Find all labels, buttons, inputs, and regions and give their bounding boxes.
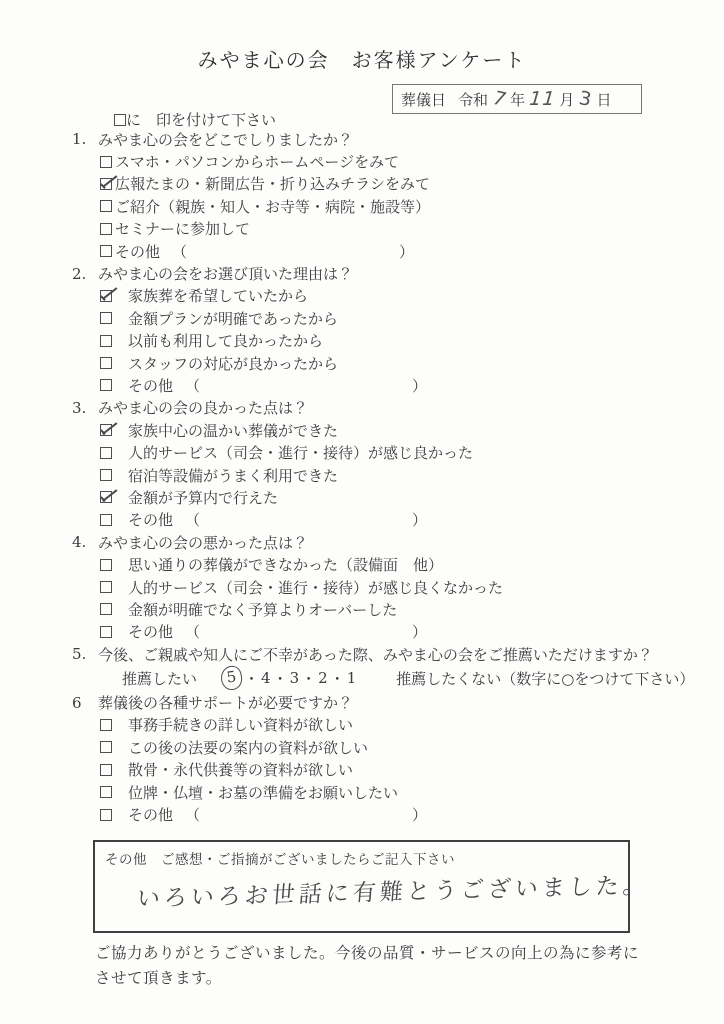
instruction-text: に 印を付けて下さい	[126, 109, 276, 130]
comment-box[interactable]: その他 ご感想・ご指摘がございましたらご記入下さい いろいろお世話に有難とうござ…	[93, 840, 630, 933]
rating-1[interactable]: 1	[347, 669, 357, 687]
option-label: その他	[128, 375, 173, 396]
checkbox[interactable]	[100, 312, 112, 324]
question-number: 3.	[72, 399, 98, 417]
q1-option-koho-tamano[interactable]: 広報たまの・新聞広告・折り込みチラシをみて	[72, 173, 678, 195]
q6-option-other[interactable]: その他 （ ）	[72, 803, 678, 825]
comment-box-label: その他 ご感想・ご指摘がございましたらご記入下さい	[105, 848, 618, 868]
era-label: 令和	[458, 89, 488, 110]
q4-option-other[interactable]: その他 （ ）	[72, 621, 678, 643]
thank-you-note: ご協力ありがとうございました。今後の品質・サービスの向上の為に参考にさせて頂きま…	[95, 941, 647, 991]
day-field[interactable]: 3	[578, 89, 593, 110]
checkbox[interactable]	[100, 809, 112, 821]
scale-left-label: 推薦したい	[122, 668, 197, 689]
checkbox[interactable]	[100, 200, 112, 212]
option-label: スマホ・パソコンからホームページをみて	[115, 151, 399, 172]
other-paren-open: （	[172, 241, 187, 262]
question-text: みやま心の会の悪かった点は？	[98, 532, 308, 553]
question-number: 6	[72, 694, 98, 712]
option-label: 宿泊等設備がうまく利用できた	[128, 465, 338, 486]
checkbox[interactable]	[100, 178, 112, 190]
option-label: 思い通りの葬儀ができなかった（設備面 他）	[128, 554, 443, 575]
checkbox[interactable]	[100, 357, 112, 369]
q2-option-family-funeral[interactable]: 家族葬を希望していたから	[72, 285, 678, 307]
checkbox-instruction: に 印を付けて下さい	[114, 109, 276, 130]
checkbox[interactable]	[100, 491, 112, 503]
checkbox[interactable]	[100, 447, 112, 459]
q2-option-clear-pricing[interactable]: 金額プランが明確であったから	[72, 307, 678, 329]
q2-option-other[interactable]: その他 （ ）	[72, 374, 678, 396]
form-title: みやま心の会 お客様アンケート	[0, 44, 724, 73]
question-number: 5.	[72, 645, 98, 663]
q1-option-referral[interactable]: ご紹介（親族・知人・お寺等・病院・施設等）	[72, 195, 678, 217]
scale-separator: ・	[301, 668, 316, 689]
q4-option-service-bad[interactable]: 人的サービス（司会・進行・接待）が感じ良くなかった	[72, 576, 678, 598]
other-paren-open: （	[185, 375, 200, 396]
checkbox[interactable]	[100, 764, 112, 776]
checkbox[interactable]	[100, 719, 112, 731]
q3-option-other[interactable]: その他 （ ）	[72, 509, 678, 531]
question-1-header: 1. みやま心の会をどこでしりましたか？	[72, 128, 678, 150]
question-list: 1. みやま心の会をどこでしりましたか？ スマホ・パソコンからホームページをみて…	[72, 128, 678, 826]
handwritten-comment: いろいろお世話に有難とうございました。	[136, 868, 619, 914]
other-paren-close: ）	[412, 509, 427, 530]
option-label: 家族中心の温かい葬儀ができた	[128, 420, 338, 441]
option-label: 広報たまの・新聞広告・折り込みチラシをみて	[115, 173, 430, 194]
rating-2[interactable]: 2	[318, 669, 328, 687]
other-paren-close: ）	[412, 621, 427, 642]
checkbox[interactable]	[100, 223, 112, 235]
question-4-header: 4. みやま心の会の悪かった点は？	[72, 531, 678, 553]
q1-option-other[interactable]: その他 （ ）	[72, 240, 678, 262]
option-label: 散骨・永代供養等の資料が欲しい	[128, 759, 353, 780]
year-unit-label: 年	[510, 89, 525, 110]
checkbox[interactable]	[100, 786, 112, 798]
question-2-header: 2. みやま心の会をお選び頂いた理由は？	[72, 262, 678, 284]
q6-option-memorial-docs[interactable]: この後の法要の案内の資料が欲しい	[72, 736, 678, 758]
question-6-header: 6 葬儀後の各種サポートが必要ですか？	[72, 691, 678, 713]
q2-option-staff[interactable]: スタッフの対応が良かったから	[72, 352, 678, 374]
option-label: その他	[115, 241, 160, 262]
rating-3[interactable]: 3	[290, 669, 300, 687]
rating-4[interactable]: 4	[261, 669, 271, 687]
option-label: スタッフの対応が良かったから	[128, 353, 338, 374]
other-paren-open: （	[185, 804, 200, 825]
sample-checkbox-icon	[114, 114, 126, 126]
q1-option-homepage[interactable]: スマホ・パソコンからホームページをみて	[72, 150, 678, 172]
question-number: 2.	[72, 265, 98, 283]
option-label: ご紹介（親族・知人・お寺等・病院・施設等）	[115, 196, 430, 217]
checkbox[interactable]	[100, 603, 112, 615]
checkbox[interactable]	[100, 741, 112, 753]
checkbox[interactable]	[100, 469, 112, 481]
question-text: みやま心の会の良かった点は？	[98, 397, 308, 418]
q3-option-facilities[interactable]: 宿泊等設備がうまく利用できた	[72, 464, 678, 486]
question-3-header: 3. みやま心の会の良かった点は？	[72, 397, 678, 419]
option-label: 金額が明確でなく予算よりオーバーした	[128, 599, 397, 620]
option-label: 家族葬を希望していたから	[128, 285, 308, 306]
option-label: その他	[128, 804, 173, 825]
option-label: 人的サービス（司会・進行・接待）が感じ良くなかった	[128, 577, 503, 598]
q4-option-not-as-hoped[interactable]: 思い通りの葬儀ができなかった（設備面 他）	[72, 553, 678, 575]
checkbox[interactable]	[100, 335, 112, 347]
q3-option-within-budget[interactable]: 金額が予算内で行えた	[72, 486, 678, 508]
year-field[interactable]: 7	[490, 89, 509, 109]
other-paren-open: （	[185, 621, 200, 642]
q3-option-warm-funeral[interactable]: 家族中心の温かい葬儀ができた	[72, 419, 678, 441]
scale-separator: ・	[273, 668, 288, 689]
scale-right-label: 推薦したくない（数字に○をつけて下さい）	[396, 668, 694, 689]
checkbox[interactable]	[100, 379, 112, 391]
other-paren-close: ）	[399, 241, 414, 262]
q6-option-altar-grave[interactable]: 位牌・仏壇・お墓の準備をお願いしたい	[72, 781, 678, 803]
option-label: この後の法要の案内の資料が欲しい	[128, 737, 368, 758]
q6-option-burial-docs[interactable]: 散骨・永代供養等の資料が欲しい	[72, 759, 678, 781]
rating-5: 5	[225, 668, 237, 687]
q6-option-paperwork-docs[interactable]: 事務手続きの詳しい資料が欲しい	[72, 714, 678, 736]
day-unit-label: 日	[596, 89, 611, 110]
option-label: 人的サービス（司会・進行・接待）が感じ良かった	[128, 442, 473, 463]
q1-option-seminar[interactable]: セミナーに参加して	[72, 218, 678, 240]
scale-separator: ・	[244, 668, 259, 689]
option-label: 事務手続きの詳しい資料が欲しい	[128, 714, 353, 735]
circled-rating-5[interactable]: 5	[219, 665, 243, 692]
other-paren-open: （	[185, 509, 200, 530]
option-label: セミナーに参加して	[115, 218, 250, 239]
option-label: 金額が予算内で行えた	[128, 487, 278, 508]
funeral-date-box: 葬儀日 令和 7 年 11 月 3 日	[392, 84, 642, 114]
checkbox[interactable]	[100, 245, 112, 257]
q2-option-used-before[interactable]: 以前も利用して良かったから	[72, 330, 678, 352]
option-label: 金額プランが明確であったから	[128, 308, 338, 329]
question-number: 4.	[72, 533, 98, 551]
question-5-header: 5. 今後、ご親戚や知人にご不幸があった際、みやま心の会をご推薦いただけますか？	[72, 643, 678, 665]
funeral-date-label: 葬儀日	[401, 89, 446, 110]
question-text: みやま心の会をお選び頂いた理由は？	[98, 263, 353, 284]
q3-option-service-good[interactable]: 人的サービス（司会・進行・接待）が感じ良かった	[72, 441, 678, 463]
q4-option-over-budget[interactable]: 金額が明確でなく予算よりオーバーした	[72, 598, 678, 620]
other-paren-close: ）	[412, 375, 427, 396]
question-text: 葬儀後の各種サポートが必要ですか？	[98, 692, 353, 713]
other-paren-close: ）	[412, 804, 427, 825]
option-label: 以前も利用して良かったから	[128, 330, 323, 351]
checkbox[interactable]	[100, 156, 112, 168]
option-label: その他	[128, 509, 173, 530]
checkbox[interactable]	[100, 559, 112, 571]
question-number: 1.	[72, 130, 98, 148]
question-text: 今後、ご親戚や知人にご不幸があった際、みやま心の会をご推薦いただけますか？	[98, 644, 653, 665]
month-unit-label: 月	[559, 89, 574, 110]
recommendation-scale: 推薦したい 5 ・ 4 ・ 3 ・ 2 ・ 1 推薦したくない（数字に○をつけて…	[72, 665, 678, 691]
checkbox[interactable]	[100, 424, 112, 436]
option-label: その他	[128, 621, 173, 642]
checkbox[interactable]	[100, 290, 112, 302]
survey-form-page: みやま心の会 お客様アンケート 葬儀日 令和 7 年 11 月 3 日 に 印を…	[0, 0, 724, 1024]
checkbox[interactable]	[100, 626, 112, 638]
scale-separator: ・	[330, 668, 345, 689]
option-label: 位牌・仏壇・お墓の準備をお願いしたい	[128, 782, 398, 803]
checkbox[interactable]	[100, 581, 112, 593]
month-field[interactable]: 11	[526, 90, 558, 109]
question-text: みやま心の会をどこでしりましたか？	[98, 129, 353, 150]
checkbox[interactable]	[100, 514, 112, 526]
